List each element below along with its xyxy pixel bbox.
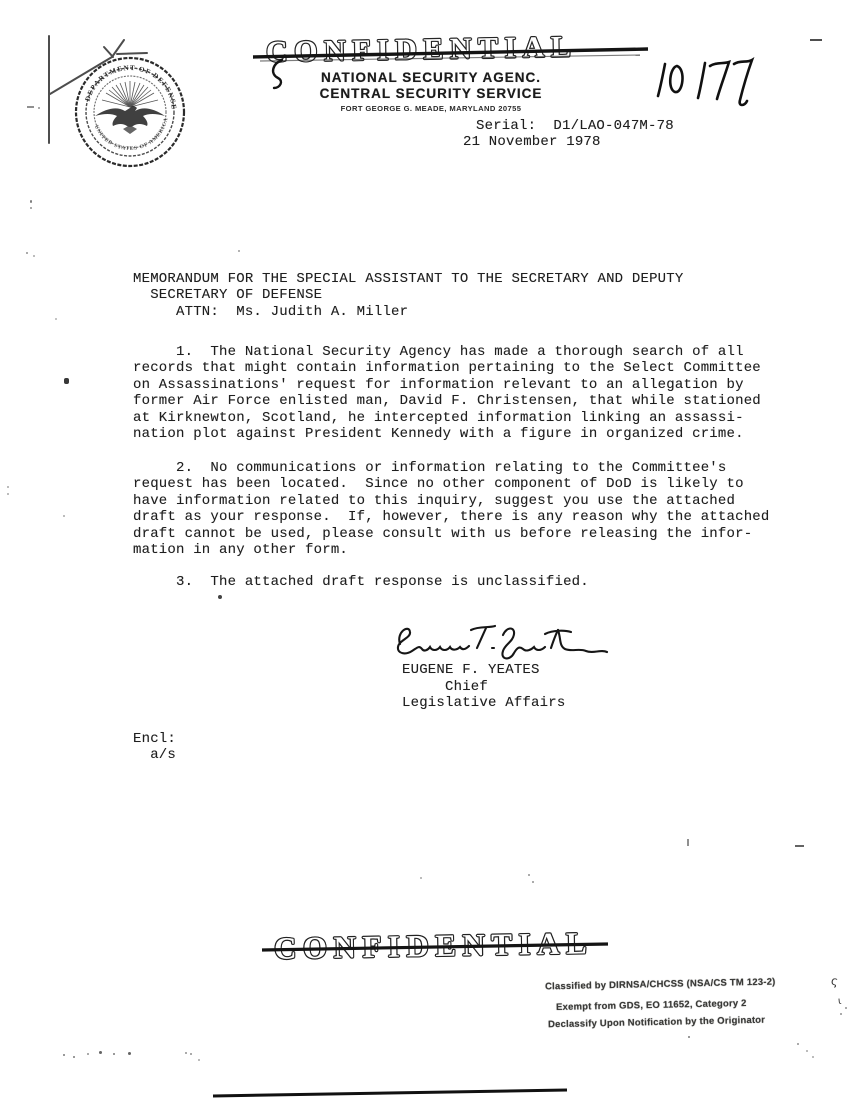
serial-line: Serial: D1/LAO-047M-78	[476, 118, 674, 134]
seal-rays	[102, 81, 158, 107]
ink-speck	[55, 318, 57, 320]
agency-name: NATIONAL SECURITY AGENC.	[270, 70, 592, 85]
ink-speck	[87, 1053, 89, 1055]
ink-speck	[128, 1052, 131, 1055]
ink-speck	[99, 1051, 102, 1054]
ink-speck	[30, 200, 32, 203]
ink-speck	[7, 493, 9, 495]
ink-speck	[532, 881, 534, 883]
ink-speck	[806, 1050, 808, 1052]
handwritten-serial-number	[646, 52, 756, 110]
ink-speck	[73, 1056, 75, 1058]
strike-line-bottom	[255, 935, 620, 960]
page-edge-line	[210, 1085, 575, 1099]
agency-address: FORT GEORGE G. MEADE, MARYLAND 20755	[270, 104, 592, 113]
ink-speck	[840, 1013, 842, 1015]
ink-speck	[38, 107, 40, 109]
paragraph-3: 3. The attached draft response is unclas…	[133, 574, 589, 590]
signer-name: EUGENE F. YEATES	[402, 662, 540, 678]
ink-speck	[33, 255, 35, 257]
ink-speck	[528, 874, 530, 876]
paragraph-2: 2. No communications or information rela…	[133, 460, 770, 558]
signer-office: Legislative Affairs	[402, 695, 565, 711]
declass-stamp-line1: Classified by DIRNSA/CHCSS (NSA/CS TM 12…	[545, 977, 776, 993]
ink-speck	[218, 595, 222, 599]
paragraph-1: 1. The National Security Agency has made…	[133, 344, 761, 442]
ink-speck	[27, 106, 34, 108]
ink-speck	[238, 250, 240, 252]
ink-speck	[64, 378, 69, 384]
ink-speck	[420, 877, 422, 879]
ink-squiggle: ι	[837, 996, 842, 1007]
ink-speck	[812, 1056, 814, 1058]
ink-squiggle: ς	[830, 974, 839, 989]
letterhead: NATIONAL SECURITY AGENC. CENTRAL SECURIT…	[270, 70, 592, 113]
ink-speck	[63, 515, 65, 517]
ink-speck	[113, 1053, 115, 1055]
ink-speck	[795, 845, 804, 847]
ink-speck	[797, 1043, 799, 1045]
ink-speck	[190, 1053, 192, 1055]
signer-title: Chief	[445, 679, 488, 695]
ink-speck	[63, 1054, 65, 1056]
ink-speck	[810, 39, 822, 41]
ink-speck	[198, 1059, 200, 1061]
scanned-memo-page: { "document": { "classification_top": "C…	[0, 0, 847, 1099]
ink-speck	[688, 1036, 690, 1038]
ink-speck	[185, 1052, 187, 1054]
declass-stamp-line3: Declassify Upon Notification by the Orig…	[548, 1015, 765, 1031]
seal-eagle	[95, 106, 165, 134]
ink-speck	[687, 839, 689, 846]
enclosure-block: Encl: a/s	[133, 731, 176, 764]
declass-stamp-line2: Exempt from GDS, EO 11652, Category 2	[556, 998, 747, 1013]
ink-speck	[30, 207, 32, 209]
ink-speck	[26, 252, 28, 254]
service-name: CENTRAL SECURITY SERVICE	[270, 86, 592, 101]
address-block: MEMORANDUM FOR THE SPECIAL ASSISTANT TO …	[133, 271, 684, 320]
date-line: 21 November 1978	[463, 134, 601, 150]
ink-speck	[7, 486, 9, 488]
dod-seal: DEPARTMENT OF DEFENSE UNITED STATES OF A…	[73, 55, 187, 169]
